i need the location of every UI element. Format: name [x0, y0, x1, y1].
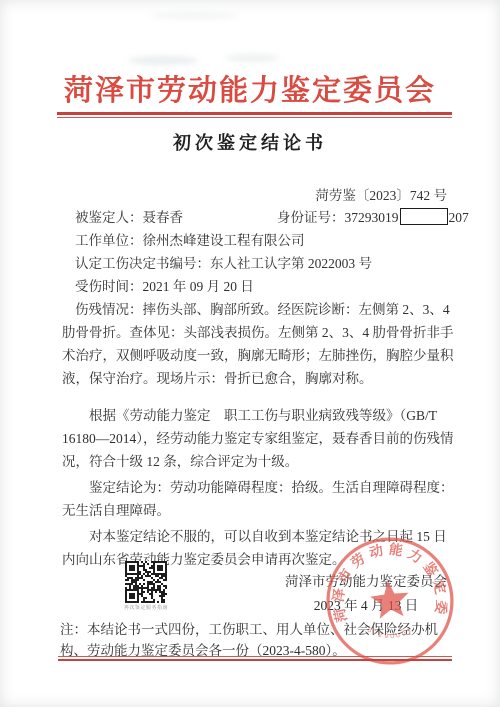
document-title: 初次鉴定结论书	[0, 129, 500, 155]
employer-value: 徐州杰峰建设工程有限公司	[143, 233, 305, 248]
committee-title: 菏泽市劳动能力鉴定委员会	[0, 68, 500, 109]
basis-paragraph: 根据《劳动能力鉴定 职工工伤与职业病致残等级》（GB/T 16180—2014）…	[62, 404, 454, 473]
subject-field: 被鉴定人：聂春香	[75, 210, 183, 225]
subject-label: 被鉴定人：	[75, 210, 143, 225]
scan-smudge	[225, 54, 280, 62]
footer-note: 注：本结论书一式四份，工伤职工、用人单位、社会保险经办机构、劳动能力鉴定委员会各…	[60, 619, 454, 661]
injury-date-row: 受伤时间：2021 年 09 月 20 日	[62, 275, 454, 298]
document-number: 菏劳鉴〔2023〕742 号	[315, 184, 447, 204]
signature-date: 2023 年 4 月 13 日	[285, 594, 447, 618]
injury-description-paragraph: 伤残情况：摔伤头部、胸部所致。经医院诊断：左侧第 2、3、4 肋骨骨折。查体见：…	[62, 298, 454, 390]
redaction-box	[400, 208, 448, 225]
signature-org: 菏泽市劳动能力鉴定委员会	[285, 570, 447, 594]
injury-date-label: 受伤时间：	[75, 279, 143, 294]
scan-smudge	[150, 12, 240, 19]
qr-caption: 再次鉴定服务指南	[121, 604, 171, 611]
qr-block: 再次鉴定服务指南	[121, 561, 171, 611]
decision-value: 东人社工认字第 2022003 号	[210, 256, 372, 271]
header-double-rule	[57, 112, 452, 118]
employer-label: 工作单位：	[75, 233, 143, 248]
footer-double-rule	[58, 656, 452, 661]
id-prefix: 37293019	[345, 210, 399, 225]
conclusion-paragraph: 鉴定结论为：劳动功能障碍程度：拾级。生活自理障碍程度：无生活自理障碍。	[62, 476, 454, 522]
qr-code	[125, 561, 167, 603]
id-suffix: 207	[449, 210, 469, 225]
subject-value: 聂春香	[143, 210, 184, 225]
scan-smudge	[128, 56, 198, 65]
subject-id-row: 被鉴定人：聂春香 身份证号：37293019207	[62, 206, 454, 229]
id-number-field: 身份证号：37293019207	[277, 206, 469, 229]
decision-label: 认定工伤决定书编号：	[75, 256, 210, 271]
employer-row: 工作单位：徐州杰峰建设工程有限公司	[62, 229, 454, 252]
signature-block: 菏泽市劳动能力鉴定委员会 2023 年 4 月 13 日	[285, 570, 447, 618]
appraisal-document-page: 菏泽市劳动能力鉴定委员会 初次鉴定结论书 菏劳鉴〔2023〕742 号 被鉴定人…	[0, 0, 500, 707]
id-label: 身份证号：	[277, 210, 345, 225]
injury-date-value: 2021 年 09 月 20 日	[143, 279, 254, 294]
document-body: 被鉴定人：聂春香 身份证号：37293019207 工作单位：徐州杰峰建设工程有…	[62, 206, 454, 571]
decision-number-row: 认定工伤决定书编号：东人社工认字第 2022003 号	[62, 252, 454, 275]
